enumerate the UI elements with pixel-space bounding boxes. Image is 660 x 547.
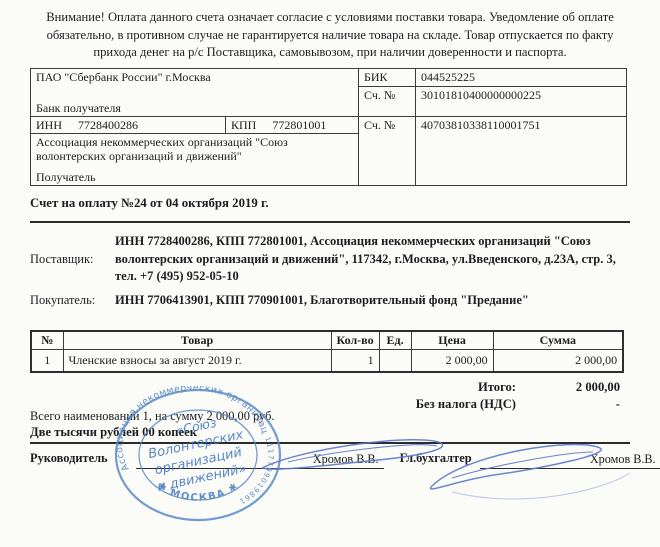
total-value: 2 000,00 [516,379,622,396]
no-vat-value: - [516,396,622,413]
organization-stamp: Ассоциация некоммерческих организаций 11… [112,386,284,524]
table-row: 1 Членские взносы за август 2019 г. 1 2 … [31,350,623,373]
item-qty: 1 [331,350,379,373]
corr-account-value-cell: 30101810400000000225 [416,87,627,117]
accountant-name: Хромов В.В. [590,452,656,466]
supplier-label: Поставщик: [30,252,115,267]
item-product: Членские взносы за август 2019 г. [63,350,331,373]
items-table: № Товар Кол-во Ед. Цена Сумма 1 Членские… [30,330,624,373]
invoice-title: Счет на оплату №24 от 04 октября 2019 г. [30,196,269,211]
item-sum: 2 000,00 [493,350,623,373]
divider-line-top [30,221,630,223]
bank-name: ПАО "Сбербанк России" г.Москва [36,70,353,84]
items-table-header: № Товар Кол-во Ед. Цена Сумма [31,331,623,350]
director-label: Руководитель [30,451,108,469]
item-number: 1 [31,350,63,373]
bank-caption: Банк получателя [36,101,353,115]
item-unit [379,350,411,373]
supplier-row: Поставщик: ИНН 7728400286, КПП 772801001… [30,233,630,286]
recipient-caption-cell: Получатель [31,169,359,186]
col-number: № [31,331,63,350]
account-value-cell: 40703810338110001751 [416,117,627,186]
bank-details-table: ПАО "Сбербанк России" г.Москва Банк полу… [30,68,627,186]
buyer-row: Покупатель: ИНН 7706413901, КПП 77090100… [30,292,630,310]
item-price: 2 000,00 [411,350,493,373]
kpp-cell: КПП 772801001 [226,117,359,134]
kpp-label: КПП [231,118,256,132]
bank-cell: ПАО "Сбербанк России" г.Москва Банк полу… [31,69,359,117]
bik-label-cell: БИК [359,69,416,87]
col-sum: Сумма [493,331,623,350]
recipient-name-cell: Ассоциация некоммерческих организаций "С… [31,134,359,169]
payment-notice: Внимание! Оплата данного счета означает … [33,9,627,62]
buyer-text: ИНН 7706413901, КПП 770901001, Благотвор… [115,292,627,310]
accountant-label: Гл.бухгалтер [400,451,472,469]
inn-cell: ИНН 7728400286 [31,117,226,134]
accountant-signature-line: Хромов В.В. [480,450,660,469]
buyer-label: Покупатель: [30,293,115,308]
bik-value-cell: 044525225 [416,69,627,87]
corr-account-label-cell: Сч. № [359,87,416,117]
director-name: Хромов В.В. [313,452,379,466]
inn-value: 7728400286 [78,118,138,132]
col-qty: Кол-во [331,331,379,350]
kpp-value: 772801001 [272,118,326,132]
col-product: Товар [63,331,331,350]
supplier-text: ИНН 7728400286, КПП 772801001, Ассоциаци… [115,233,627,286]
inn-label: ИНН [36,118,62,132]
account-label-cell: Сч. № [359,117,416,186]
col-price: Цена [411,331,493,350]
invoice-document: Внимание! Оплата данного счета означает … [0,0,660,547]
col-unit: Ед. [379,331,411,350]
